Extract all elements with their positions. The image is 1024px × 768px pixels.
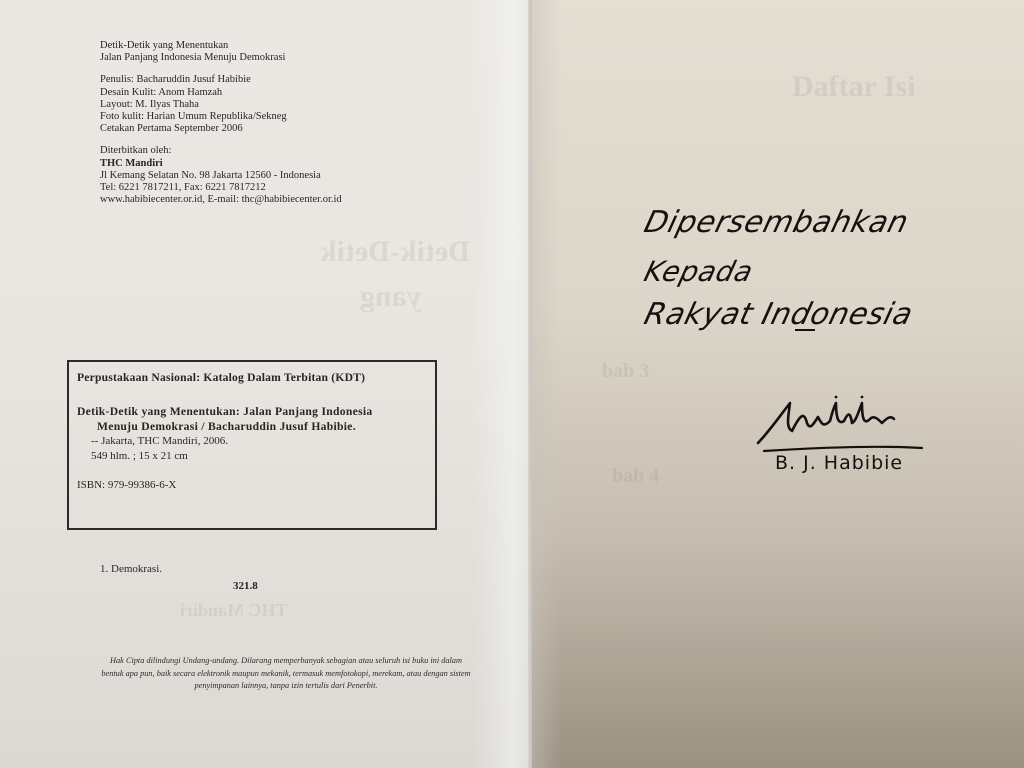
kdt-catalog-box: Perpustakaan Nasional: Katalog Dalam Ter… xyxy=(67,360,437,530)
copyright-notice: Hak Cipta dilindungi Undang-undang. Dila… xyxy=(98,655,474,693)
signed-name: B. J. Habibie xyxy=(775,452,903,474)
class-number: 321.8 xyxy=(233,580,258,592)
credit-edition: Cetakan Pertama September 2006 xyxy=(100,123,420,135)
book-title-line: Detik-Detik yang Menentukan xyxy=(100,40,420,52)
credit-cover-design: Desain Kulit: Anom Hamzah xyxy=(100,87,420,99)
book-title-line: Jalan Panjang Indonesia Menuju Demokrasi xyxy=(100,52,420,64)
dedication-line: Rakyat Indonesia xyxy=(641,297,917,332)
show-through-text: THC Mandiri xyxy=(180,600,288,621)
credits: Penulis: Bacharuddin Jusuf Habibie Desai… xyxy=(100,74,420,135)
publisher-web: www.habibiecenter.or.id, E-mail: thc@hab… xyxy=(100,194,420,206)
signature-icon xyxy=(752,393,932,453)
publisher-address: Jl Kemang Selatan No. 98 Jakarta 12560 -… xyxy=(100,170,420,182)
show-through-text: bab 4 xyxy=(612,465,659,488)
kdt-isbn: ISBN: 979-99386-6-X xyxy=(77,478,427,493)
left-page: Detik-Detik yang THC Mandiri Detik-Detik… xyxy=(0,0,532,768)
right-page: Daftar Isi bab 3 bab 4 xyxy=(532,0,1024,768)
kdt-imprint: -- Jakarta, THC Mandiri, 2006. xyxy=(77,434,427,449)
kdt-extent: 549 hlm. ; 15 x 21 cm xyxy=(77,449,427,464)
show-through-text: yang xyxy=(360,280,422,314)
kdt-title: Menuju Demokrasi / Bacharuddin Jusuf Hab… xyxy=(77,419,427,434)
colophon: Detik-Detik yang Menentukan Jalan Panjan… xyxy=(100,40,420,216)
publisher-label: Diterbitkan oleh: xyxy=(100,145,420,157)
credit-author: Penulis: Bacharuddin Jusuf Habibie xyxy=(100,74,420,86)
publisher-info: Diterbitkan oleh: THC Mandiri Jl Kemang … xyxy=(100,145,420,206)
show-through-text: Detik-Detik xyxy=(320,235,470,269)
publisher-name: THC Mandiri xyxy=(100,158,420,170)
publisher-phone: Tel: 6221 7817211, Fax: 6221 7817212 xyxy=(100,182,420,194)
subject-heading: 1. Demokrasi. xyxy=(100,563,162,575)
dedication-line: Kepada xyxy=(641,255,757,288)
dedication-line: Dipersembahkan xyxy=(641,205,913,240)
show-through-heading: Daftar Isi xyxy=(792,70,916,104)
credit-layout: Layout: M. Ilyas Thaha xyxy=(100,99,420,111)
kdt-heading: Perpustakaan Nasional: Katalog Dalam Ter… xyxy=(77,370,427,385)
kdt-title: Detik-Detik yang Menentukan: Jalan Panja… xyxy=(77,404,427,419)
show-through-text: bab 3 xyxy=(602,360,649,383)
handwritten-underline xyxy=(795,329,815,331)
book-title: Detik-Detik yang Menentukan Jalan Panjan… xyxy=(100,40,420,64)
credit-cover-photo: Foto kulit: Harian Umum Republika/Sekneg xyxy=(100,111,420,123)
